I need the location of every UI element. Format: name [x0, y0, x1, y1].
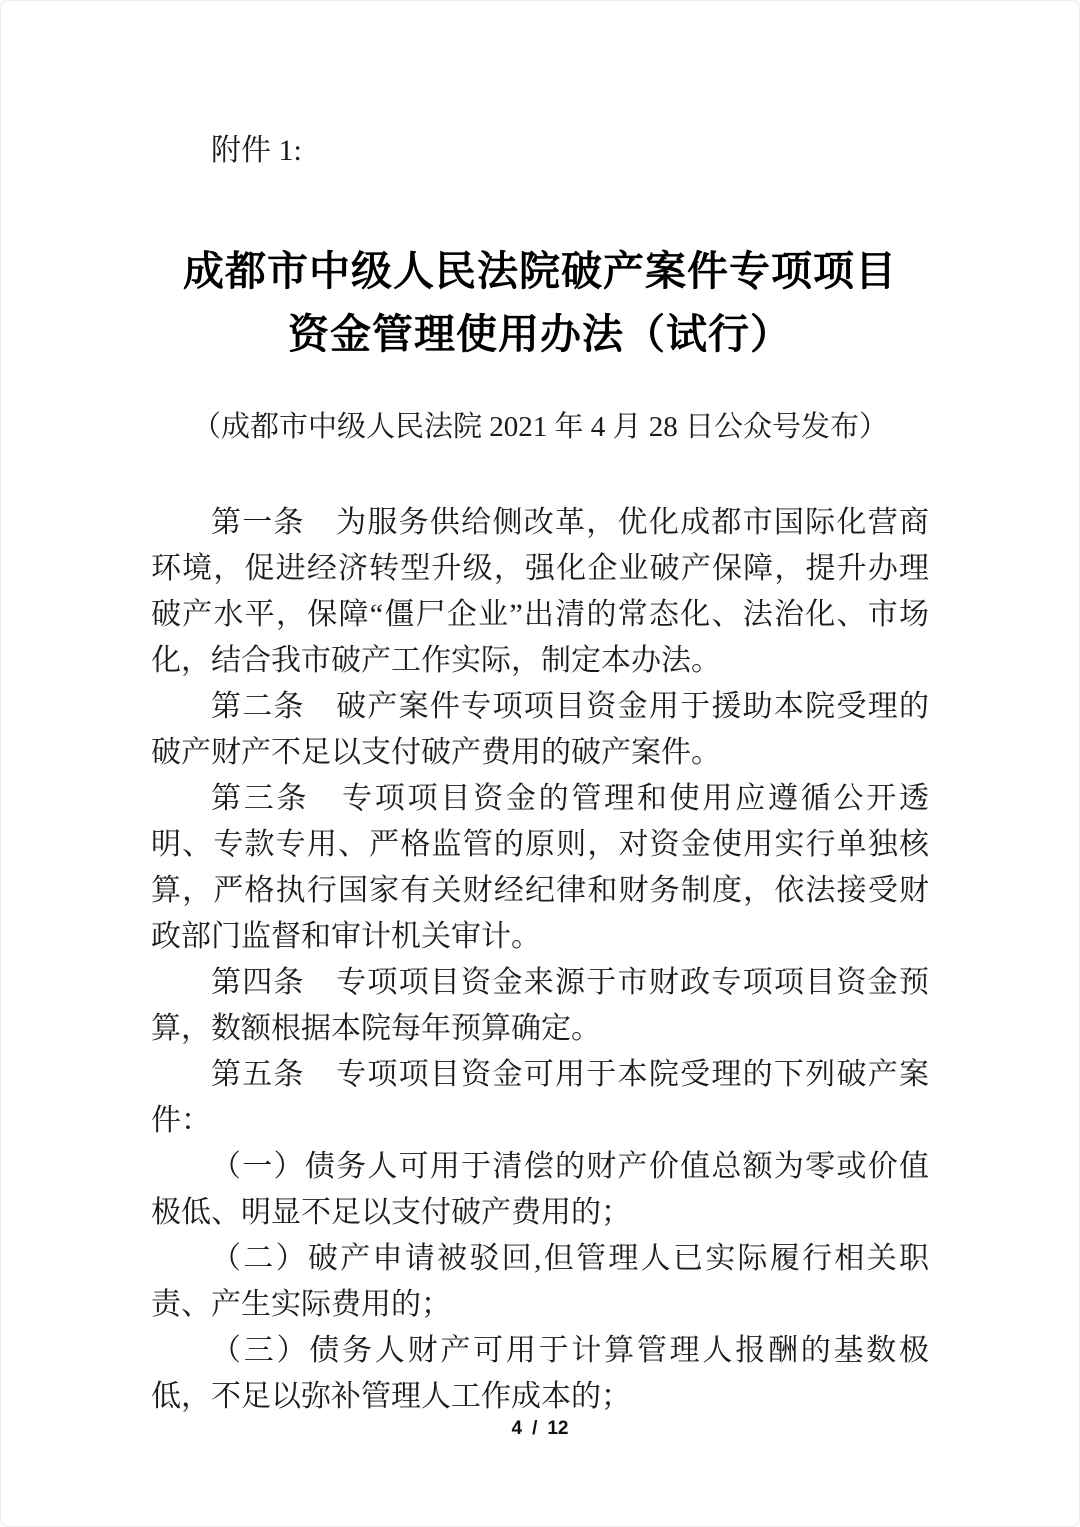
document-title-line-2: 资金管理使用办法（试行）	[151, 303, 929, 366]
paragraph-article-2: 第二条 破产案件专项项目资金用于援助本院受理的破产财产不足以支付破产费用的破产案…	[151, 684, 929, 776]
paragraph-article-4: 第四条 专项项目资金来源于市财政专项项目资金预算，数额根据本院每年预算确定。	[151, 960, 929, 1052]
paragraph-item-2: （二）破产申请被驳回,但管理人已实际履行相关职责、产生实际费用的；	[151, 1236, 929, 1328]
page-number-total: 12	[547, 1418, 568, 1439]
paragraph-article-3: 第三条 专项项目资金的管理和使用应遵循公开透明、专款专用、严格监管的原则，对资金…	[151, 776, 929, 960]
paragraph-item-3: （三）债务人财产可用于计算管理人报酬的基数极低，不足以弥补管理人工作成本的；	[151, 1328, 929, 1420]
document-title: 成都市中级人民法院破产案件专项项目 资金管理使用办法（试行）	[151, 240, 929, 366]
page-number-current: 4	[512, 1418, 523, 1439]
document-page: 附件 1: 成都市中级人民法院破产案件专项项目 资金管理使用办法（试行） （成都…	[0, 0, 1080, 1527]
page-footer: 4/12	[1, 1418, 1079, 1440]
paragraph-article-5: 第五条 专项项目资金可用于本院受理的下列破产案件：	[151, 1052, 929, 1144]
publish-note: （成都市中级人民法院 2021 年 4 月 28 日公众号发布）	[151, 410, 929, 444]
page-number-separator: /	[532, 1418, 537, 1439]
paragraph-item-1: （一）债务人可用于清偿的财产价值总额为零或价值极低、明显不足以支付破产费用的；	[151, 1144, 929, 1236]
document-title-line-1: 成都市中级人民法院破产案件专项项目	[151, 240, 929, 303]
attachment-label: 附件 1:	[151, 1, 929, 168]
document-body: 第一条 为服务供给侧改革，优化成都市国际化营商环境，促进经济转型升级，强化企业破…	[151, 500, 929, 1420]
paragraph-article-1: 第一条 为服务供给侧改革，优化成都市国际化营商环境，促进经济转型升级，强化企业破…	[151, 500, 929, 684]
